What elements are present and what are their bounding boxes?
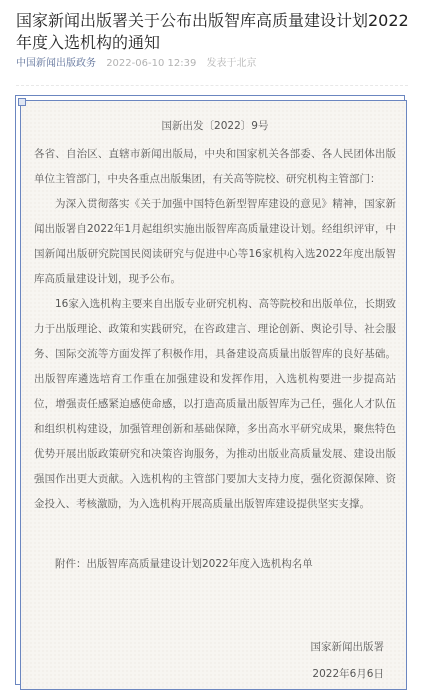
document-paragraph: 为深入贯彻落实《关于加强中国特色新型智库建设的意见》精神，国家新闻出版署自202… bbox=[34, 192, 396, 292]
document-image-frame: 国新出发〔2022〕9号 各省、自治区、直辖市新闻出版局，中央和国家机关各部委、… bbox=[15, 95, 407, 690]
document-paper: 国新出发〔2022〕9号 各省、自治区、直辖市新闻出版局，中央和国家机关各部委、… bbox=[20, 100, 407, 690]
account-name-link[interactable]: 中国新闻出版政务 bbox=[16, 58, 96, 69]
document-attachment: 附件：出版智库高质量建设计划2022年度入选机构名单 bbox=[34, 552, 395, 577]
publish-location: 发表于北京 bbox=[207, 58, 257, 69]
document-number: 国新出发〔2022〕9号 bbox=[34, 114, 396, 142]
frame-corner-handle-icon bbox=[18, 98, 26, 106]
document-addressee: 各省、自治区、直辖市新闻出版局，中央和国家机关各部委、各人民团体出版单位主管部门… bbox=[34, 142, 396, 192]
publish-time: 2022-06-10 12:39 bbox=[106, 58, 196, 69]
signature-organization: 国家新闻出版署 bbox=[311, 637, 385, 657]
signature-date: 2022年6月6日 bbox=[312, 664, 384, 684]
document-content: 国新出发〔2022〕9号 各省、自治区、直辖市新闻出版局，中央和国家机关各部委、… bbox=[34, 114, 396, 517]
article-title: 国家新闻出版署关于公布出版智库高质量建设计划2022年度入选机构的通知 bbox=[16, 10, 411, 54]
article-meta: 中国新闻出版政务 2022-06-10 12:39 发表于北京 bbox=[16, 57, 257, 71]
section-divider bbox=[16, 85, 408, 86]
document-paragraph: 16家入选机构主要来自出版专业研究机构、高等院校和出版单位，长期致力于出版理论、… bbox=[34, 292, 396, 517]
